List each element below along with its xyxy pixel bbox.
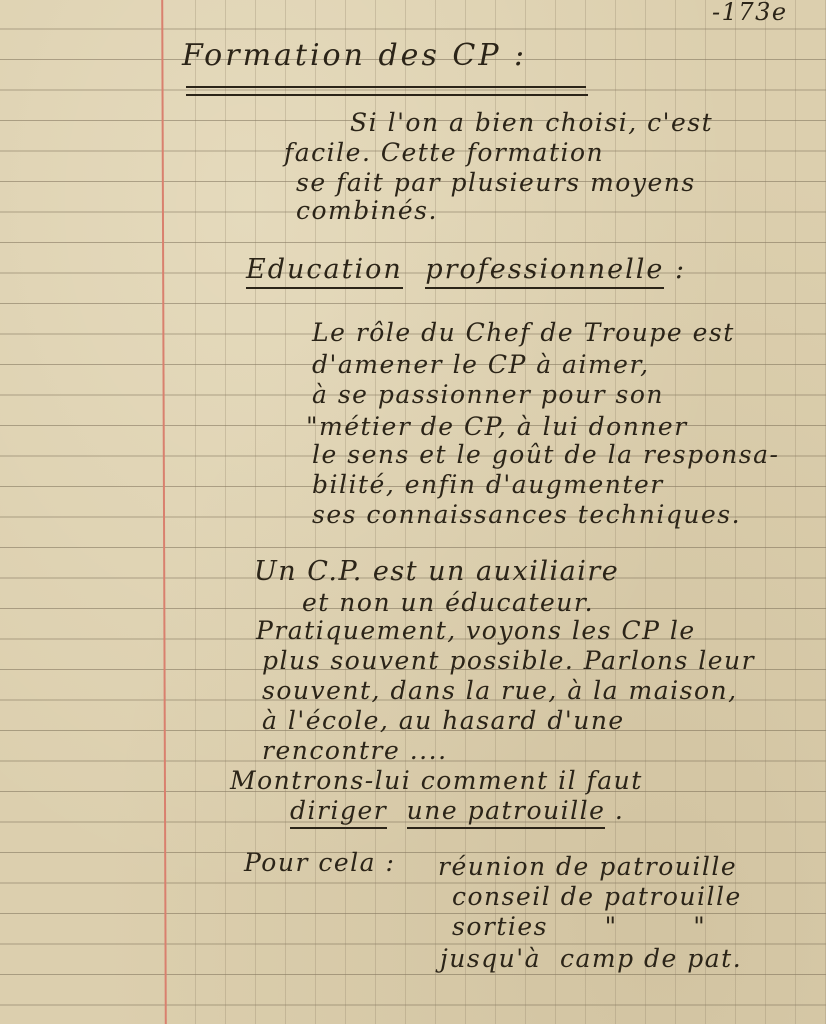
heading-colon: : — [675, 254, 686, 285]
text-line: ses connaissances techniques. — [312, 500, 741, 529]
text-line: "métier de CP, à lui donner — [306, 412, 688, 441]
text-line: souvent, dans la rue, à la maison, — [262, 676, 738, 705]
text-line: d'amener le CP à aimer, — [312, 350, 650, 379]
text-line: le sens et le goût de la responsa- — [312, 440, 779, 469]
text-line: à l'école, au hasard d'une — [262, 706, 625, 735]
list-item: sorties " " — [452, 912, 706, 941]
heading-word: professionnelle — [425, 254, 664, 289]
text-line: et non un éducateur. — [302, 588, 594, 617]
underlined-phrase: une patrouille — [407, 796, 606, 829]
text-line: combinés. — [296, 196, 438, 225]
text-line: bilité, enfin d'augmenter — [312, 470, 664, 499]
period: . — [615, 796, 624, 825]
page-title: Formation des CP : — [182, 38, 527, 73]
text-line: Le rôle du Chef de Troupe est — [312, 318, 735, 347]
text-line: à se passionner pour son — [312, 380, 664, 409]
page-number: -173e — [712, 0, 788, 26]
list-lead: Pour cela : — [244, 848, 395, 877]
text-line: diriger une patrouille . — [290, 796, 624, 825]
list-item: conseil de patrouille — [452, 882, 742, 911]
title-underline-2 — [186, 94, 588, 96]
text-line: Si l'on a bien choisi, c'est — [350, 108, 713, 137]
title-underline-1 — [186, 86, 586, 88]
text-line: se fait par plusieurs moyens — [296, 168, 696, 197]
heading-word: Education — [246, 254, 403, 289]
text-line: rencontre .... — [262, 736, 448, 765]
text-line: facile. Cette formation — [284, 138, 604, 167]
text-line: Un C.P. est un auxiliaire — [254, 556, 619, 587]
section-heading: Education professionnelle : — [246, 254, 686, 285]
list-item: jusqu'à camp de pat. — [440, 944, 742, 973]
text-line: Montrons-lui comment il faut — [230, 766, 643, 795]
text-line: Pratiquement, voyons les CP le — [256, 616, 696, 645]
text-line: plus souvent possible. Parlons leur — [262, 646, 755, 675]
underlined-word: diriger — [290, 796, 387, 829]
list-item: réunion de patrouille — [438, 852, 737, 881]
